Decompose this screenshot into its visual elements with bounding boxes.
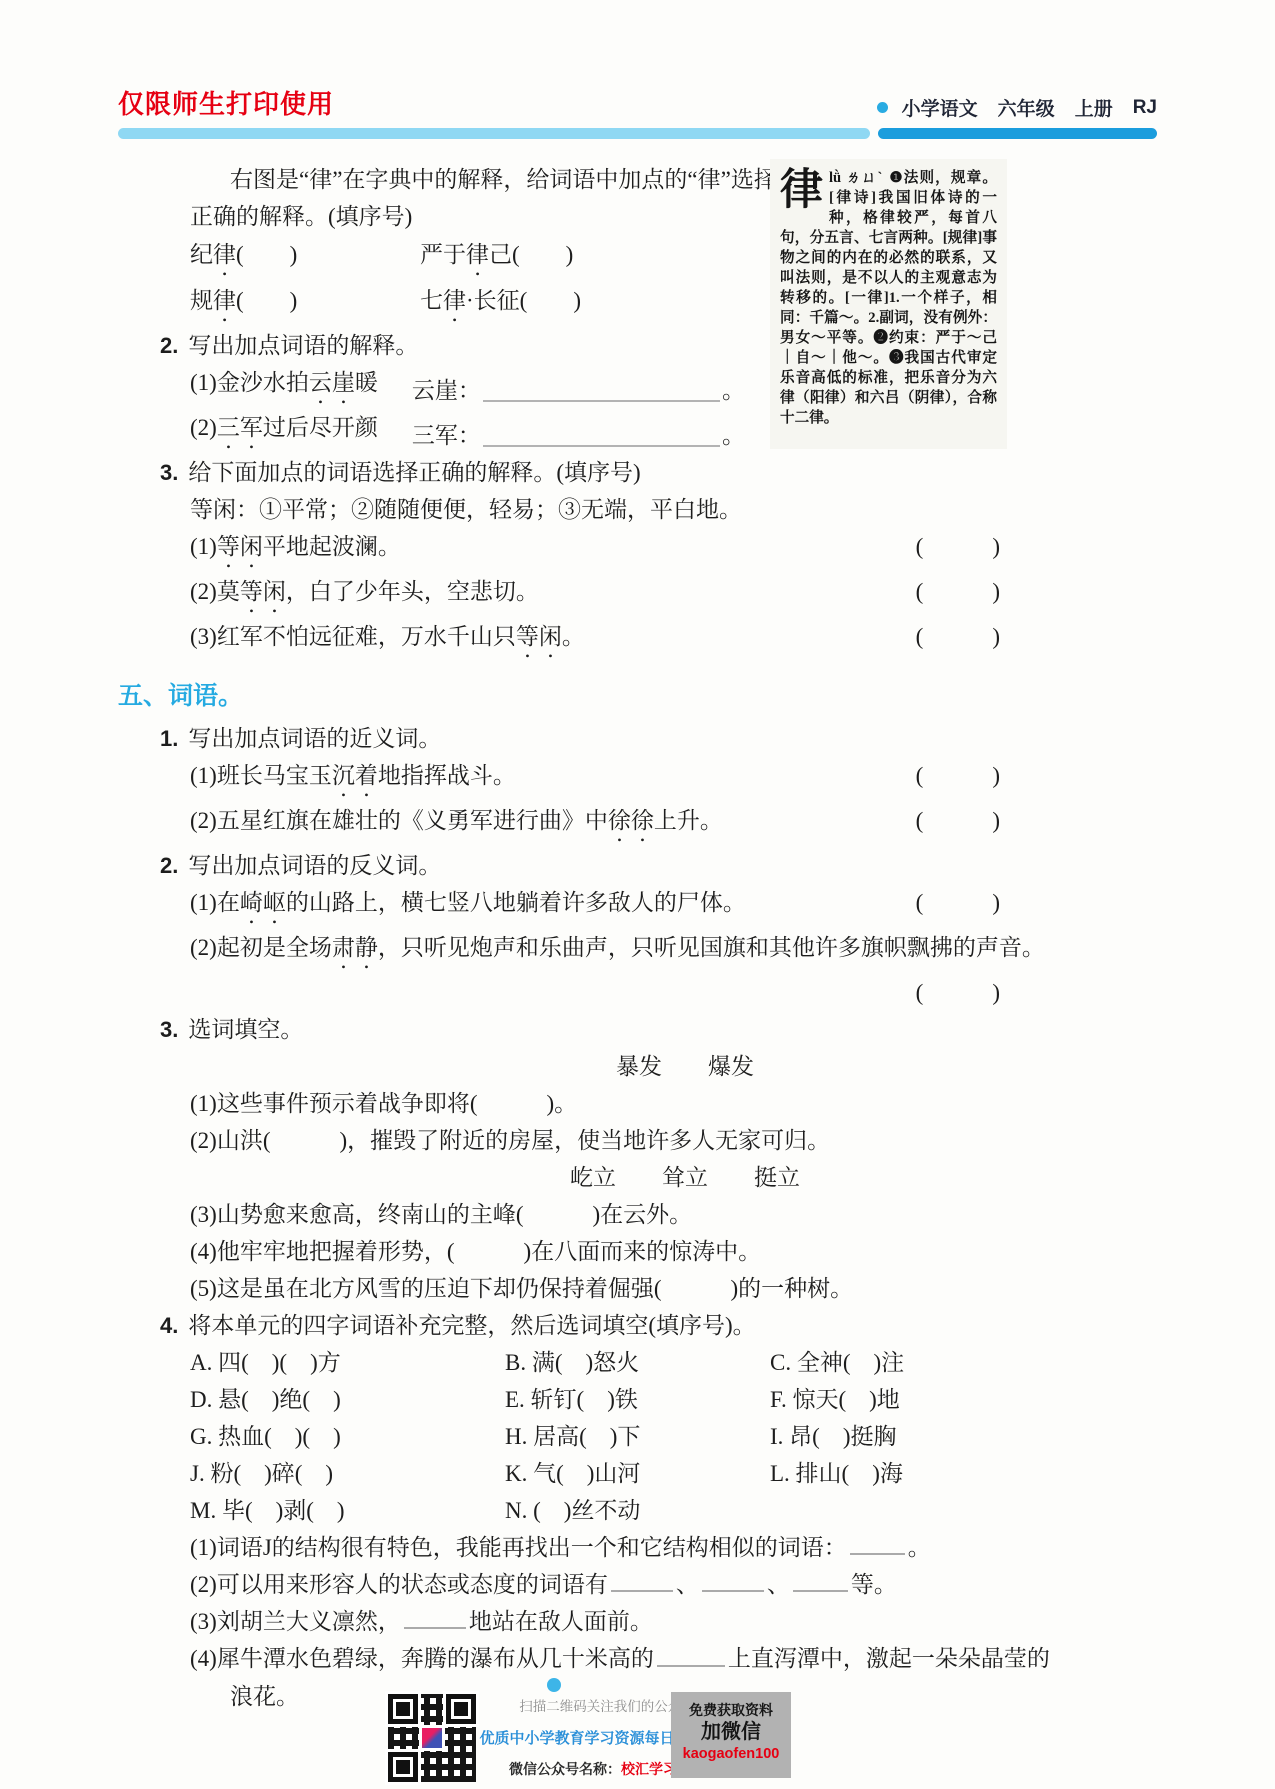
header-bar-dark xyxy=(878,128,1157,139)
answer-paren: ( ) xyxy=(916,884,1000,929)
write-line xyxy=(483,400,720,402)
q-lu-word-list: 纪律( ) 严于律己( ) 规律( ) 七律·长征( ) xyxy=(0,235,1275,327)
s5-q1-heading: 1.写出加点词语的近义词。 xyxy=(0,720,1275,757)
q3-item-text: (3)红军不怕远征难，万水千山只等闲。 xyxy=(190,618,585,663)
word-cell: C. 全神( )注 xyxy=(770,1344,1275,1381)
s5-q2-title: 写出加点词语的反义词。 xyxy=(188,853,441,878)
four-char-word-grid: A. 四( )( )方 B. 满( )怒火 C. 全神( )注 D. 悬( )绝… xyxy=(0,1344,1275,1529)
word-cell: J. 粉( )碎( ) xyxy=(190,1455,505,1492)
print-notice: 仅限师生打印使用 xyxy=(118,84,334,121)
s5-q4-sub: (2)可以用来形容人的状态或态度的词语有、、等。 xyxy=(0,1566,1275,1603)
s5-q1-title: 写出加点词语的近义词。 xyxy=(188,726,441,751)
q2-number: 2. xyxy=(160,333,178,358)
answer-paren: ( ) xyxy=(916,618,1000,663)
book-edition: RJ xyxy=(1133,97,1157,119)
q3-item: (1)等闲平地起波澜。 ( ) xyxy=(0,528,1275,573)
write-line xyxy=(483,445,720,447)
s5-q4-number: 4. xyxy=(160,1313,178,1338)
answer-paren: ( ) xyxy=(916,974,1000,1011)
s5-q3-item: (2)山洪( )，摧毁了附近的房屋，使当地许多人无家可归。 xyxy=(0,1122,1275,1159)
s5-q2-item: (1)在崎岖的山路上，横七竖八地躺着许多敌人的尸体。 ( ) xyxy=(0,884,1275,929)
s5-q1-item-text: (2)五星红旗在雄壮的《义勇军进行曲》中徐徐上升。 xyxy=(190,802,723,847)
word-cell: H. 居高( )下 xyxy=(505,1418,770,1455)
word-item: 纪律( ) xyxy=(190,235,420,281)
q2-item-label: 云崖： xyxy=(412,372,481,409)
dictionary-entry-box: 律lǜ ㄌㄩˋ❶法则，规章。[律诗]我国旧体诗的一种，格律较严，每首八句，分五言… xyxy=(770,159,1007,449)
wechat-id: kaogaofen100 xyxy=(671,1745,791,1763)
s5-q1-item-text: (1)班长马宝玉沉着地指挥战斗。 xyxy=(190,757,516,802)
answer-paren-line: ( ) xyxy=(0,974,1275,1011)
q3-heading: 3.给下面加点的词语选择正确的解释。(填序号) xyxy=(0,454,1275,491)
s5-q3-title: 选词填空。 xyxy=(188,1017,303,1042)
s5-q4-title: 将本单元的四字词语补充完整，然后选词填空(填序号)。 xyxy=(188,1313,755,1338)
page-marker-icon xyxy=(547,1678,561,1692)
s5-q1-item: (2)五星红旗在雄壮的《义勇军进行曲》中徐徐上升。 ( ) xyxy=(0,802,1275,847)
q2-item: (2)三军过后尽开颜 三军： 。 xyxy=(0,409,1275,454)
page-footer: 扫描二维码关注我们的公众号 优质中小学教育学习资源每日免费分享 微信公众号名称：… xyxy=(0,1672,1275,1789)
wechat-box-line1: 免费获取资料 xyxy=(671,1701,791,1719)
word-cell: A. 四( )( )方 xyxy=(190,1344,505,1381)
qr-finder-icon xyxy=(388,1752,418,1782)
word-item: 规律( ) xyxy=(190,281,420,327)
word-cell: N. ( )丝不动 xyxy=(505,1492,770,1529)
answer-paren: ( ) xyxy=(916,757,1000,802)
header-rule xyxy=(118,128,1157,139)
qr-finder-icon xyxy=(388,1694,418,1724)
word-cell: D. 悬( )绝( ) xyxy=(190,1381,505,1418)
q3-number: 3. xyxy=(160,460,178,485)
worksheet-page: 仅限师生打印使用 小学语文 六年级 上册 RJ 律lǜ ㄌㄩˋ❶法则，规章。[律… xyxy=(0,0,1275,1789)
word-cell: G. 热血( )( ) xyxy=(190,1418,505,1455)
qr-center-logo-icon xyxy=(419,1725,445,1751)
s5-q3-item: (4)他牢牢地把握着形势，( )在八面而来的惊涛中。 xyxy=(0,1233,1275,1270)
book-subject: 小学语文 xyxy=(902,94,978,121)
word-cell: E. 斩钉( )铁 xyxy=(505,1381,770,1418)
q3-gloss: 等闲：①平常；②随随便便，轻易；③无端，平白地。 xyxy=(0,491,1275,528)
word-options: 屹立 耸立 挺立 xyxy=(190,1159,1180,1196)
q2-item-label: 三军： xyxy=(412,417,481,454)
worksheet-body: 律lǜ ㄌㄩˋ❶法则，规章。[律诗]我国旧体诗的一种，格律较严，每首八句，分五言… xyxy=(0,139,1275,1715)
q3-item: (2)莫等闲，白了少年头，空悲切。 ( ) xyxy=(0,573,1275,618)
answer-paren: ( ) xyxy=(916,573,1000,618)
answer-paren: ( ) xyxy=(916,802,1000,847)
word-options: 暴发 爆发 xyxy=(190,1048,1180,1085)
word-cell: I. 昂( )挺胸 xyxy=(770,1418,1275,1455)
s5-q4-sub: (1)词语J的结构很有特色，我能再找出一个和它结构相似的词语：。 xyxy=(0,1529,1275,1566)
q3-item-text: (2)莫等闲，白了少年头，空悲切。 xyxy=(190,573,539,618)
s5-q2-number: 2. xyxy=(160,853,178,878)
word-cell: K. 气( )山河 xyxy=(505,1455,770,1492)
dictionary-pronunciation: lǜ ㄌㄩˋ xyxy=(829,170,883,186)
s5-q3-item: (1)这些事件预示着战争即将( )。 xyxy=(0,1085,1275,1122)
q2-item-end: 。 xyxy=(722,372,745,409)
book-volume: 上册 xyxy=(1075,94,1113,121)
s5-q1-item: (1)班长马宝玉沉着地指挥战斗。 ( ) xyxy=(0,757,1275,802)
s5-q2-heading: 2.写出加点词语的反义词。 xyxy=(0,847,1275,884)
word-cell: M. 毕( )剥( ) xyxy=(190,1492,505,1529)
s5-q3-heading: 3.选词填空。 xyxy=(0,1011,1275,1048)
s5-q3-number: 3. xyxy=(160,1017,178,1042)
q3-item: (3)红军不怕远征难，万水千山只等闲。 ( ) xyxy=(0,618,1275,663)
q-lu-intro-line2: 正确的解释。(填序号) xyxy=(0,198,1275,235)
q3-title: 给下面加点的词语选择正确的解释。(填序号) xyxy=(188,460,640,485)
s5-q2-item-text: (1)在崎岖的山路上，横七竖八地躺着许多敌人的尸体。 xyxy=(190,884,746,929)
page-header: 仅限师生打印使用 小学语文 六年级 上册 RJ xyxy=(0,0,1275,139)
dictionary-text: 律lǜ ㄌㄩˋ❶法则，规章。[律诗]我国旧体诗的一种，格律较严，每首八句，分五言… xyxy=(780,168,997,428)
q2-item: (1)金沙水拍云崖暖 云崖： 。 xyxy=(0,364,1275,409)
word-cell: L. 排山( )海 xyxy=(770,1455,1275,1492)
book-grade: 六年级 xyxy=(998,94,1055,121)
s5-q3-item: (3)山势愈来愈高，终南山的主峰( )在云外。 xyxy=(0,1196,1275,1233)
q3-item-text: (1)等闲平地起波澜。 xyxy=(190,528,401,573)
wechat-contact-box: 免费获取资料 加微信 kaogaofen100 xyxy=(671,1692,791,1778)
q2-item-text: (1)金沙水拍云崖暖 xyxy=(190,364,378,409)
header-bar-light xyxy=(118,128,870,139)
section-title: 五、词语。 xyxy=(0,678,1275,715)
q2-item-text: (2)三军过后尽开颜 xyxy=(190,409,378,454)
book-meta: 小学语文 六年级 上册 RJ xyxy=(877,94,1157,121)
answer-paren: ( ) xyxy=(916,528,1000,573)
q2-heading: 2.写出加点词语的解释。 xyxy=(0,327,1275,364)
q-lu-intro-line1: 右图是“律”在字典中的解释，给词语中加点的“律”选择 xyxy=(0,161,1275,198)
s5-q4-sub: (3)刘胡兰大义凛然，地站在敌人面前。 xyxy=(0,1603,1275,1640)
s5-q3-item: (5)这是虽在北方风雪的压迫下却仍保持着倔强( )的一种树。 xyxy=(0,1270,1275,1307)
s5-q4-heading: 4.将本单元的四字词语补充完整，然后选词填空(填序号)。 xyxy=(0,1307,1275,1344)
word-cell: B. 满( )怒火 xyxy=(505,1344,770,1381)
dictionary-headword: 律 xyxy=(780,170,823,212)
wechat-box-line2: 加微信 xyxy=(671,1719,791,1745)
bullet-icon xyxy=(877,102,888,113)
q2-title: 写出加点词语的解释。 xyxy=(188,333,418,358)
q2-item-end: 。 xyxy=(722,417,745,454)
s5-q1-number: 1. xyxy=(160,726,178,751)
s5-q2-item: (2)起初是全场肃静，只听见炮声和乐曲声，只听见国旗和其他许多旗帜飘拂的声音。 xyxy=(0,929,1275,974)
word-cell: F. 惊天( )地 xyxy=(770,1381,1275,1418)
